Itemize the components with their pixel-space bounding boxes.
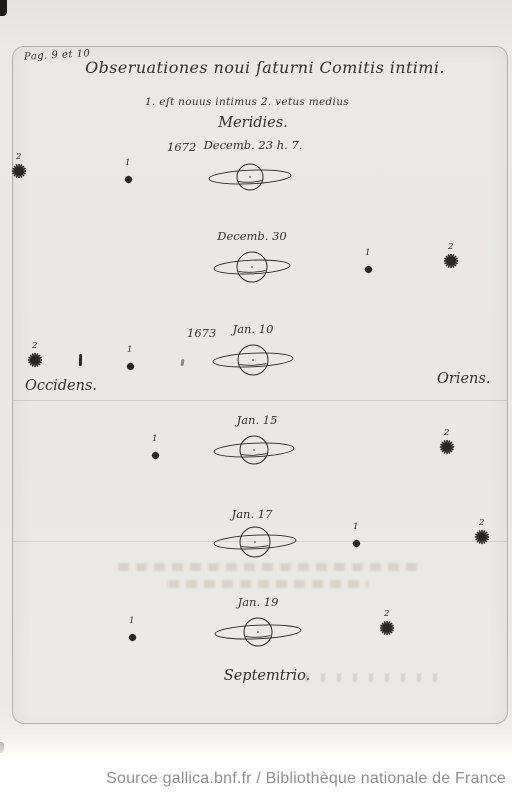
star-label: 1	[127, 345, 132, 355]
star-label: 1	[152, 434, 157, 444]
star-symbol	[379, 620, 395, 640]
star-label: 2	[32, 341, 37, 351]
star-symbol	[474, 529, 490, 549]
star-symbol	[126, 356, 135, 375]
paper-crease-line	[13, 541, 507, 542]
bleed-through-marks	[305, 673, 440, 682]
star-label: 1	[129, 616, 134, 626]
star-label: 1	[125, 158, 130, 168]
faint-ink-mark	[180, 359, 184, 366]
source-attribution: Source gallica.bnf.fr / Bibliothèque nat…	[106, 770, 506, 788]
scanned-document-page: Pag. 9 et 10 Obseruationes noui ſaturni …	[0, 0, 512, 798]
observation-date: Decemb. 23 h. 7.	[204, 138, 303, 152]
ink-mark	[78, 354, 81, 366]
star-symbol	[11, 163, 27, 183]
saturn-figure	[206, 336, 300, 388]
saturn-figure	[202, 153, 298, 205]
observation-date: Jan. 10	[233, 322, 274, 336]
star-symbol	[364, 259, 373, 278]
star-symbol	[27, 352, 43, 372]
star-label: 2	[479, 518, 484, 528]
footer-fade	[0, 734, 512, 760]
saturn-figure	[208, 608, 308, 660]
saturn-figure	[207, 243, 297, 295]
star-label: 2	[16, 152, 21, 162]
star-symbol	[124, 169, 133, 188]
saturn-figure	[207, 426, 301, 478]
star-symbol	[352, 533, 361, 552]
star-symbol	[439, 439, 455, 459]
star-label: 1	[353, 522, 358, 532]
star-symbol	[443, 253, 459, 273]
star-symbol	[128, 627, 137, 646]
star-symbol	[151, 445, 160, 464]
bleed-through-text	[168, 580, 368, 588]
gallica-source-bar: Source gallica.bnf.fr / Bibliothèque nat…	[0, 760, 512, 798]
paper-crease-line	[13, 400, 507, 401]
star-label: 2	[448, 242, 453, 252]
star-label: 2	[384, 609, 389, 619]
observation-date: Jan. 15	[237, 413, 278, 427]
observation-date: Decemb. 30	[217, 229, 286, 243]
bleed-through-text	[118, 563, 418, 571]
observation-date: Jan. 19	[238, 595, 279, 609]
observation-year: 1672	[167, 140, 196, 154]
star-label: 2	[444, 428, 449, 438]
star-label: 1	[365, 248, 370, 258]
